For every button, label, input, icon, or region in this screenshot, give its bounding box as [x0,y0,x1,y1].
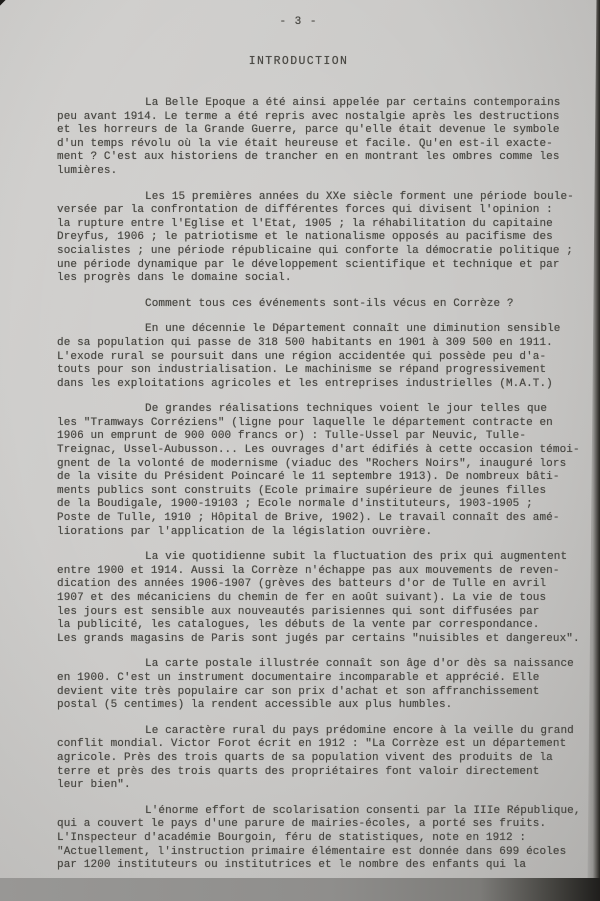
paragraph: Le caractère rural du pays prédomine enc… [57,725,591,793]
paragraph: La Belle Epoque a été ainsi appelée par … [57,97,591,179]
page-number: - 3 - [0,16,597,28]
paragraph: Comment tous ces événements sont-ils véc… [57,298,591,312]
page-shadow-bottom [0,878,600,901]
paragraph: L'énorme effort de scolarisation consent… [57,805,591,873]
document-body: La Belle Epoque a été ainsi appelée par … [57,97,591,885]
paragraph: La carte postale illustrée connaît son â… [57,658,591,712]
document-photo: - 3 - INTRODUCTION La Belle Epoque a été… [0,0,600,901]
paragraph: De grandes réalisations techniques voien… [57,403,591,539]
page-title: INTRODUCTION [0,55,597,68]
paragraph: La vie quotidienne subit la fluctuation … [57,551,591,646]
paragraph: En une décennie le Département connaît u… [57,323,591,391]
paragraph: Les 15 premières années du XXe siècle fo… [57,191,591,286]
